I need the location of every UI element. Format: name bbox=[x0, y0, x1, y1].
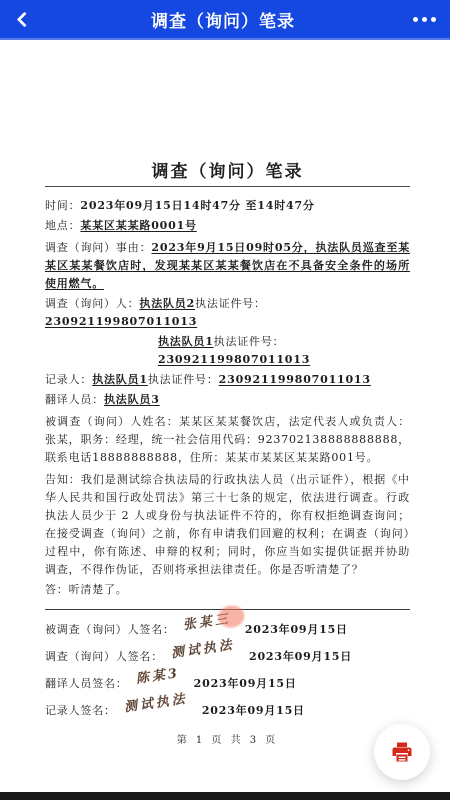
location-line: 地点：某某区某某路0001号 bbox=[45, 217, 410, 235]
cert-number: 230921199807011013 bbox=[158, 353, 310, 366]
ellipsis-icon bbox=[422, 17, 427, 22]
reason-label: 调查（询问）事由： bbox=[45, 241, 151, 254]
cert-number: 230921199807011013 bbox=[219, 373, 371, 386]
page-title: 调查（询问）笔录 bbox=[48, 7, 398, 32]
translator-label: 翻译人员： bbox=[45, 393, 104, 406]
translator-line: 翻译人员：执法队员3 bbox=[45, 391, 410, 409]
translator-value: 执法队员3 bbox=[104, 393, 160, 406]
printer-icon bbox=[390, 740, 414, 764]
signature-row-translator: 翻译人员签名： 陈某3 2023年09月15日 bbox=[45, 670, 410, 697]
answer-line: 答：听清楚了。 bbox=[45, 581, 410, 599]
app-header: 调查（询问）笔录 bbox=[0, 0, 450, 40]
cert-label: 执法证件号： bbox=[148, 373, 219, 386]
bottom-bar bbox=[0, 792, 450, 800]
location-value: 某某区某某路0001号 bbox=[80, 219, 196, 232]
cert-number: 230921199807011013 bbox=[45, 315, 197, 328]
handwritten-signature: 张某三 bbox=[182, 610, 232, 635]
signature-date: 2023年09月15日 bbox=[202, 702, 305, 720]
reason-line: 调查（询问）事由：2023年9月15日09时05分，执法队员巡查至某某区某某餐饮… bbox=[45, 239, 410, 293]
investigator-line-2: 执法队员1执法证件号：230921199807011013 bbox=[45, 333, 410, 369]
document-title: 调查（询问）笔录 bbox=[45, 162, 410, 182]
document-preview: 调查（询问）笔录 时间：2023年09月15日14时47分 至14时47分 地点… bbox=[0, 40, 450, 792]
chevron-left-icon bbox=[16, 11, 32, 27]
red-stamp bbox=[217, 603, 246, 628]
signature-date: 2023年09月15日 bbox=[245, 621, 348, 639]
signature-label: 翻译人员签名： bbox=[45, 675, 128, 693]
signature-date: 2023年09月15日 bbox=[194, 675, 297, 693]
page-number: 第 1 页 共 3 页 bbox=[45, 732, 410, 750]
signature-row-recorder: 记录人签名： 测试执法 2023年09月15日 bbox=[45, 697, 410, 724]
investigator-label: 调查（询问）人： bbox=[45, 297, 139, 310]
time-line: 时间：2023年09月15日14时47分 至14时47分 bbox=[45, 197, 410, 215]
ellipsis-icon bbox=[431, 17, 436, 22]
signature-label: 调查（询问）人签名： bbox=[45, 648, 163, 666]
signature-label: 被调查（询问）人签名： bbox=[45, 621, 175, 639]
investigator-name: 执法队员1 bbox=[158, 335, 214, 348]
signature-row-investigator: 调查（询问）人签名： 测试执法 2023年09月15日 bbox=[45, 643, 410, 670]
time-label: 时间： bbox=[45, 199, 80, 212]
notice-paragraph: 告知：我们是测试综合执法局的行政执法人员（出示证件），根据《中华人民共和国行政处… bbox=[45, 471, 410, 579]
subject-paragraph: 被调查（询问）人姓名：某某区某某餐饮店，法定代表人或负责人：张某，职务：经理，统… bbox=[45, 413, 410, 467]
back-button[interactable] bbox=[0, 0, 48, 39]
more-menu-button[interactable] bbox=[398, 0, 450, 39]
signature-date: 2023年09月15日 bbox=[249, 648, 352, 666]
time-value: 2023年09月15日14时47分 至14时47分 bbox=[80, 199, 314, 212]
signature-label: 记录人签名： bbox=[45, 702, 116, 720]
recorder-label: 记录人： bbox=[45, 373, 92, 386]
cert-label: 执法证件号： bbox=[195, 297, 266, 310]
recorder-name: 执法队员1 bbox=[92, 373, 148, 386]
title-divider bbox=[45, 186, 410, 187]
cert-label: 执法证件号： bbox=[214, 335, 285, 348]
recorder-line: 记录人：执法队员1执法证件号：230921199807011013 bbox=[45, 371, 410, 389]
print-button[interactable] bbox=[374, 724, 430, 780]
investigator-line-1: 调查（询问）人：执法队员2执法证件号：230921199807011013 bbox=[45, 295, 410, 331]
investigator-name: 执法队员2 bbox=[139, 297, 195, 310]
ellipsis-icon bbox=[413, 17, 418, 22]
location-label: 地点： bbox=[45, 219, 80, 232]
